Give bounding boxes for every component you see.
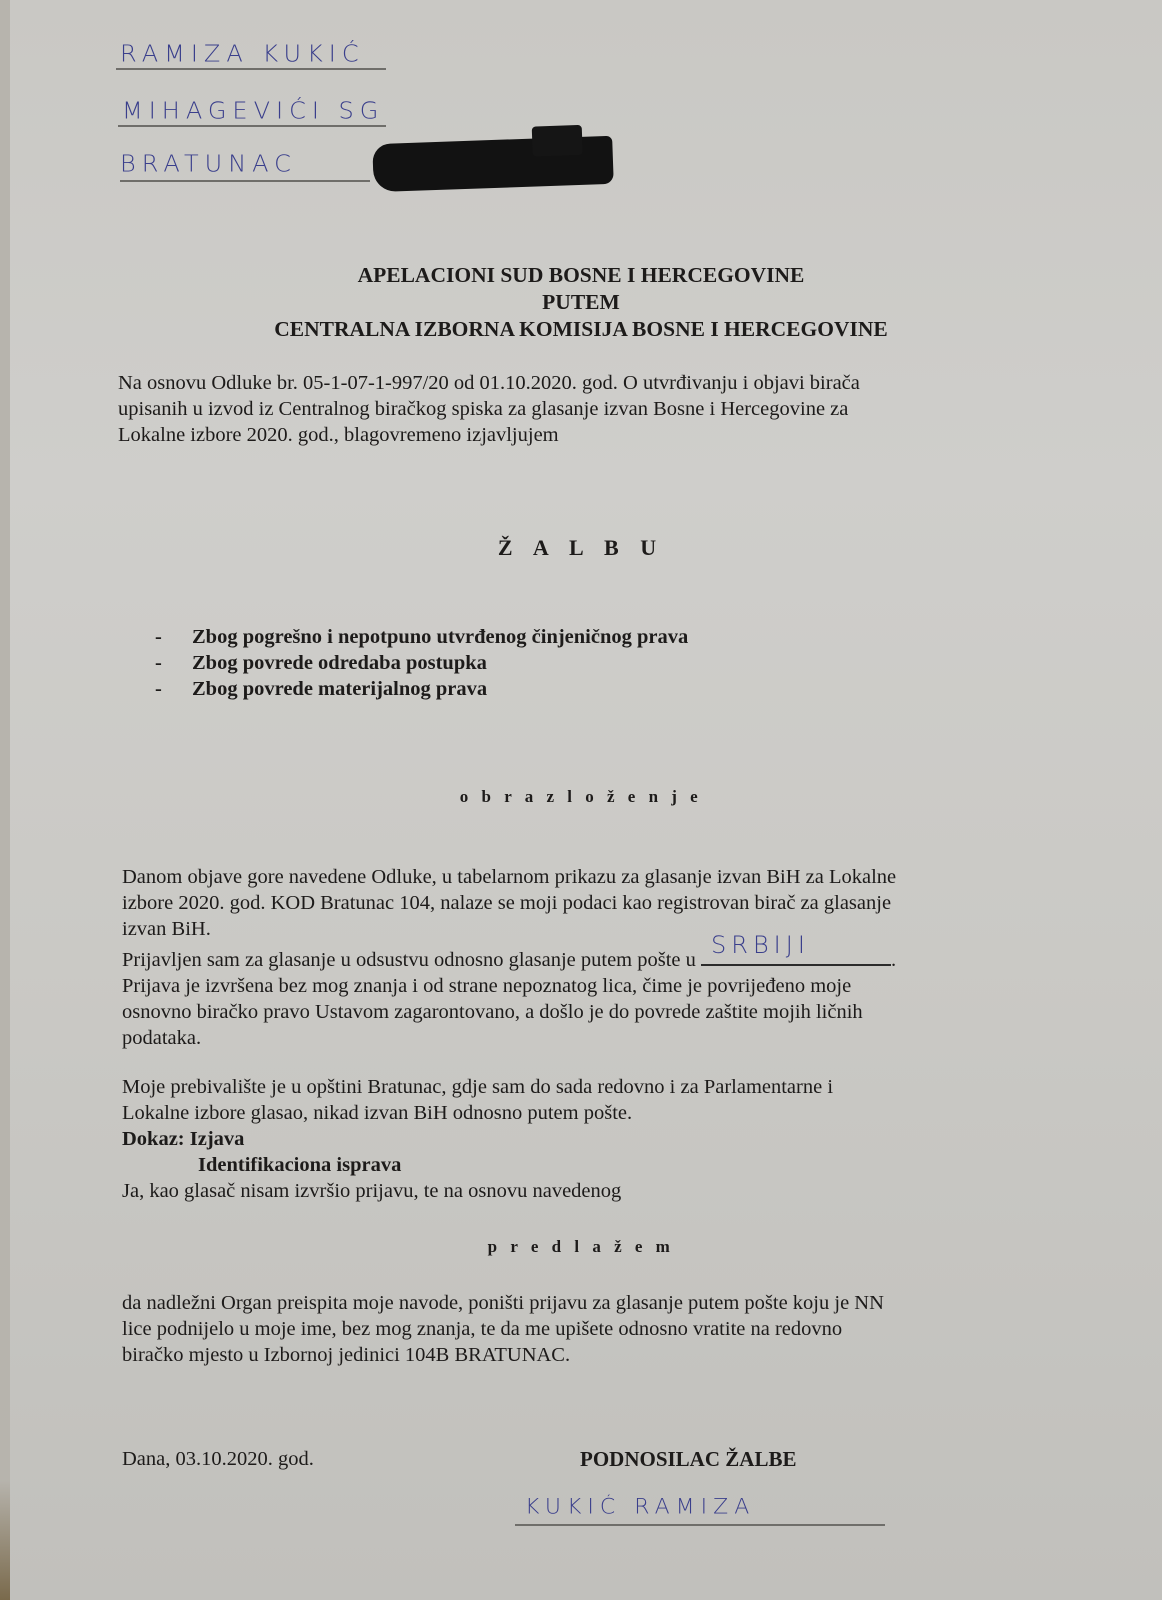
grounds-item: - Zbog povrede materijalnog prava [155, 676, 688, 702]
registered-country-line: Prijavljen sam za glasanje u odsustvu od… [122, 942, 1002, 973]
bullet-dash: - [155, 624, 192, 650]
signature-label: PODNOSILAC ŽALBE [580, 1447, 796, 1472]
paper-edge-shadow [0, 1480, 10, 1600]
signature-line [515, 1524, 885, 1526]
reasoning-line: Danom objave gore navedene Odluke, u tab… [122, 864, 1002, 890]
grounds-item: - Zbog povrede odredaba postupka [155, 650, 688, 676]
bullet-dash: - [155, 676, 192, 702]
registered-line-prefix: Prijavljen sam za glasanje u odsustvu od… [122, 949, 696, 971]
grounds-item: - Zbog pogrešno i nepotpuno utvrđenog či… [155, 624, 688, 650]
residence-line: Moje prebivalište je u opštini Bratunac,… [122, 1074, 1002, 1100]
grounds-text: Zbog povrede odredaba postupka [192, 650, 487, 676]
sender-address-handwritten: MIHAGEVIĆI SG [122, 98, 384, 125]
sender-name-handwritten: RAMIZA KUKIĆ [120, 41, 365, 68]
reasoning-line: osnovno biračko pravo Ustavom zagarontov… [122, 999, 1002, 1025]
signature-handwritten: KUKIĆ RAMIZA [525, 1496, 755, 1520]
evidence-label: Dokaz: Izjava [122, 1126, 1002, 1152]
reasoning-line: izbore 2020. god. KOD Bratunac 104, nala… [122, 890, 1002, 916]
document-title: Ž A L B U [0, 535, 1162, 561]
addressee-block: APELACIONI SUD BOSNE I HERCEGOVINE PUTEM… [0, 262, 1162, 343]
bullet-dash: - [155, 650, 192, 676]
residence-line: Lokalne izbore glasao, nikad izvan BiH o… [122, 1100, 1002, 1126]
grounds-text: Zbog pogrešno i nepotpuno utvrđenog činj… [192, 624, 688, 650]
reasoning-line: Prijava je izvršena bez mog znanja i od … [122, 973, 1002, 999]
registered-line-suffix: . [891, 949, 896, 971]
proposal-heading: p r e d l a ž e m [0, 1237, 1162, 1257]
residence-paragraph: Moje prebivalište je u opštini Bratunac,… [122, 1074, 1002, 1204]
intro-paragraph: Na osnovu Odluke br. 05-1-07-1-997/20 od… [118, 370, 998, 448]
grounds-list: - Zbog pogrešno i nepotpuno utvrđenog či… [155, 624, 688, 702]
country-fill-blank: SRBIJI [701, 942, 891, 966]
sender-city-handwritten: BRATUNAC [120, 151, 297, 178]
evidence-item: Identifikaciona isprava [122, 1152, 1002, 1178]
addressee-commission: CENTRALNA IZBORNA KOMISIJA BOSNE I HERCE… [0, 316, 1162, 343]
redaction-mark [372, 136, 614, 192]
addressee-via: PUTEM [0, 289, 1162, 316]
sender-city-line [120, 180, 370, 182]
proposal-line: biračko mjesto u Izbornoj jedinici 104B … [122, 1342, 1002, 1368]
reasoning-paragraph: Danom objave gore navedene Odluke, u tab… [122, 864, 1002, 1051]
closing-line: Ja, kao glasač nisam izvršio prijavu, te… [122, 1178, 1002, 1204]
intro-line: upisanih u izvod iz Centralnog biračkog … [118, 396, 998, 422]
reasoning-heading: o b r a z l o ž e n j e [0, 787, 1162, 807]
date-line: Dana, 03.10.2020. god. [122, 1448, 314, 1471]
addressee-court: APELACIONI SUD BOSNE I HERCEGOVINE [0, 262, 1162, 289]
registered-country-handwritten: SRBIJI [711, 932, 810, 958]
proposal-line: da nadležni Organ preispita moje navode,… [122, 1290, 1002, 1316]
proposal-line: lice podnijelo u moje ime, bez mog znanj… [122, 1316, 1002, 1342]
sender-address-line [118, 125, 386, 127]
intro-line: Lokalne izbore 2020. god., blagovremeno … [118, 422, 998, 448]
reasoning-line: podataka. [122, 1025, 1002, 1051]
sender-name-line [116, 68, 386, 70]
intro-line: Na osnovu Odluke br. 05-1-07-1-997/20 od… [118, 370, 998, 396]
proposal-paragraph: da nadležni Organ preispita moje navode,… [122, 1290, 1002, 1368]
grounds-text: Zbog povrede materijalnog prava [192, 676, 487, 702]
reasoning-line: izvan BiH. [122, 916, 1002, 942]
